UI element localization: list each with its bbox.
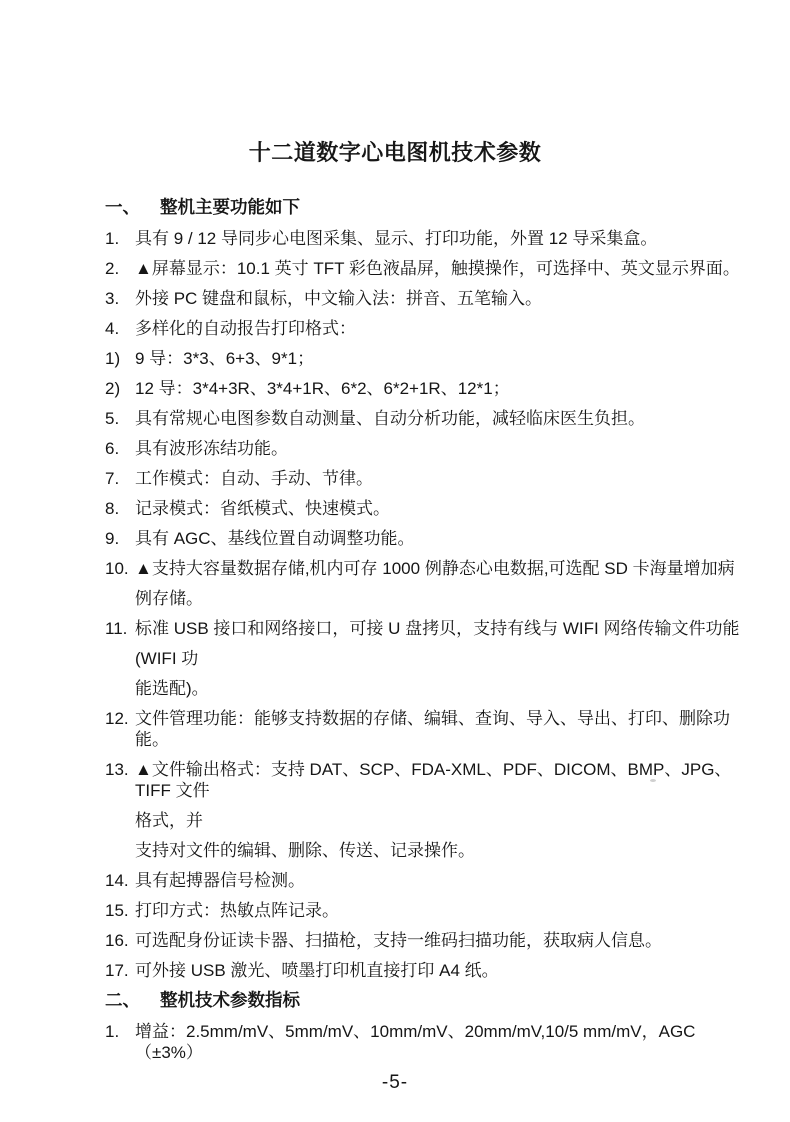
list-item: 15. 打印方式：热敏点阵记录。 xyxy=(105,900,742,921)
item-number: 2) xyxy=(105,378,135,399)
item-text: 可选配身份证读卡器、扫描枪，支持一维码扫描功能，获取病人信息。 xyxy=(135,930,742,951)
list-item: 17. 可外接 USB 激光、喷墨打印机直接打印 A4 纸。 xyxy=(105,960,742,981)
item-number: 17. xyxy=(105,960,135,981)
item-text: 外接 PC 键盘和鼠标，中文输入法：拼音、五笔输入。 xyxy=(135,288,742,309)
list-item: 16. 可选配身份证读卡器、扫描枪，支持一维码扫描功能，获取病人信息。 xyxy=(105,930,742,951)
item-text: 具有常规心电图参数自动测量、自动分析功能，减轻临床医生负担。 xyxy=(135,408,742,429)
item-number: 1) xyxy=(105,348,135,369)
section-2-title: 整机技术参数指标 xyxy=(160,990,300,1011)
item-number: 2. xyxy=(105,258,135,279)
item-number: 14. xyxy=(105,870,135,891)
item-text: 记录模式：省纸模式、快速模式。 xyxy=(135,498,742,519)
item-text: 具有起搏器信号检测。 xyxy=(135,870,742,891)
section-1-heading: 一、 整机主要功能如下 xyxy=(105,197,742,218)
section-2-heading: 二、 整机技术参数指标 xyxy=(105,990,742,1011)
item-number: 8. xyxy=(105,498,135,519)
item-text: 打印方式：热敏点阵记录。 xyxy=(135,900,742,921)
item-text: 工作模式：自动、手动、节律。 xyxy=(135,468,742,489)
list-item: 10. ▲支持大容量数据存储,机内可存 1000 例静态心电数据,可选配 SD … xyxy=(105,558,742,609)
item-text: 具有波形冻结功能。 xyxy=(135,438,742,459)
item-text: 12 导：3*4+3R、3*4+1R、6*2、6*2+1R、12*1； xyxy=(135,378,742,399)
page-title: 十二道数字心电图机技术参数 xyxy=(0,0,790,166)
item-number: 12. xyxy=(105,708,135,750)
list-item: 6. 具有波形冻结功能。 xyxy=(105,438,742,459)
item-text: 9 导：3*3、6+3、9*1； xyxy=(135,348,742,369)
list-item: 9. 具有 AGC、基线位置自动调整功能。 xyxy=(105,528,742,549)
item-text: 标准 USB 接口和网络接口，可接 U 盘拷贝，支持有线与 WIFI 网络传输文… xyxy=(135,618,742,699)
item-number: 4. xyxy=(105,318,135,339)
item-number: 10. xyxy=(105,558,135,609)
item-number: 9. xyxy=(105,528,135,549)
list-item: 1. 具有 9 / 12 导同步心电图采集、显示、打印功能，外置 12 导采集盒… xyxy=(105,228,742,249)
item-number: 16. xyxy=(105,930,135,951)
item-number: 6. xyxy=(105,438,135,459)
list-item: 1. 增益：2.5mm/mV、5mm/mV、10mm/mV、20mm/mV,10… xyxy=(105,1021,742,1063)
list-item: 12. 文件管理功能：能够支持数据的存储、编辑、查询、导入、导出、打印、删除功能… xyxy=(105,708,742,750)
list-item: 2) 12 导：3*4+3R、3*4+1R、6*2、6*2+1R、12*1； xyxy=(105,378,742,399)
item-number: 11. xyxy=(105,618,135,699)
item-text: 具有 9 / 12 导同步心电图采集、显示、打印功能，外置 12 导采集盒。 xyxy=(135,228,742,249)
section-1-number: 一、 xyxy=(105,197,160,218)
document-body: 一、 整机主要功能如下 1. 具有 9 / 12 导同步心电图采集、显示、打印功… xyxy=(0,166,790,1063)
list-item: 2. ▲屏幕显示：10.1 英寸 TFT 彩色液晶屏，触摸操作，可选择中、英文显… xyxy=(105,258,742,279)
list-item: 3. 外接 PC 键盘和鼠标，中文输入法：拼音、五笔输入。 xyxy=(105,288,742,309)
item-text: ▲支持大容量数据存储,机内可存 1000 例静态心电数据,可选配 SD 卡海量增… xyxy=(135,558,742,609)
list-item: 1) 9 导：3*3、6+3、9*1； xyxy=(105,348,742,369)
item-text: ▲屏幕显示：10.1 英寸 TFT 彩色液晶屏，触摸操作，可选择中、英文显示界面… xyxy=(135,258,742,279)
item-text: 可外接 USB 激光、喷墨打印机直接打印 A4 纸。 xyxy=(135,960,742,981)
item-text: ▲文件输出格式：支持 DAT、SCP、FDA-XML、PDF、DICOM、BMP… xyxy=(135,759,742,861)
list-item: 11. 标准 USB 接口和网络接口，可接 U 盘拷贝，支持有线与 WIFI 网… xyxy=(105,618,742,699)
list-item: 13. ▲文件输出格式：支持 DAT、SCP、FDA-XML、PDF、DICOM… xyxy=(105,759,742,861)
item-text: 多样化的自动报告打印格式： xyxy=(135,318,742,339)
list-item: 8. 记录模式：省纸模式、快速模式。 xyxy=(105,498,742,519)
list-item: 7. 工作模式：自动、手动、节律。 xyxy=(105,468,742,489)
item-text: 增益：2.5mm/mV、5mm/mV、10mm/mV、20mm/mV,10/5 … xyxy=(135,1021,742,1063)
item-number: 15. xyxy=(105,900,135,921)
document-page: 十二道数字心电图机技术参数 一、 整机主要功能如下 1. 具有 9 / 12 导… xyxy=(0,0,790,1122)
page-number: -5- xyxy=(0,1072,790,1094)
item-text: 具有 AGC、基线位置自动调整功能。 xyxy=(135,528,742,549)
item-number: 7. xyxy=(105,468,135,489)
list-item: 14. 具有起搏器信号检测。 xyxy=(105,870,742,891)
item-text: 文件管理功能：能够支持数据的存储、编辑、查询、导入、导出、打印、删除功能。 xyxy=(135,708,742,750)
section-2-number: 二、 xyxy=(105,990,160,1011)
item-number: 13. xyxy=(105,759,135,861)
list-item: 4. 多样化的自动报告打印格式： xyxy=(105,318,742,339)
item-number: 1. xyxy=(105,228,135,249)
list-item: 5. 具有常规心电图参数自动测量、自动分析功能，减轻临床医生负担。 xyxy=(105,408,742,429)
section-1-title: 整机主要功能如下 xyxy=(160,197,300,218)
item-number: 1. xyxy=(105,1021,135,1063)
scan-artifact xyxy=(650,779,656,782)
item-number: 3. xyxy=(105,288,135,309)
item-number: 5. xyxy=(105,408,135,429)
